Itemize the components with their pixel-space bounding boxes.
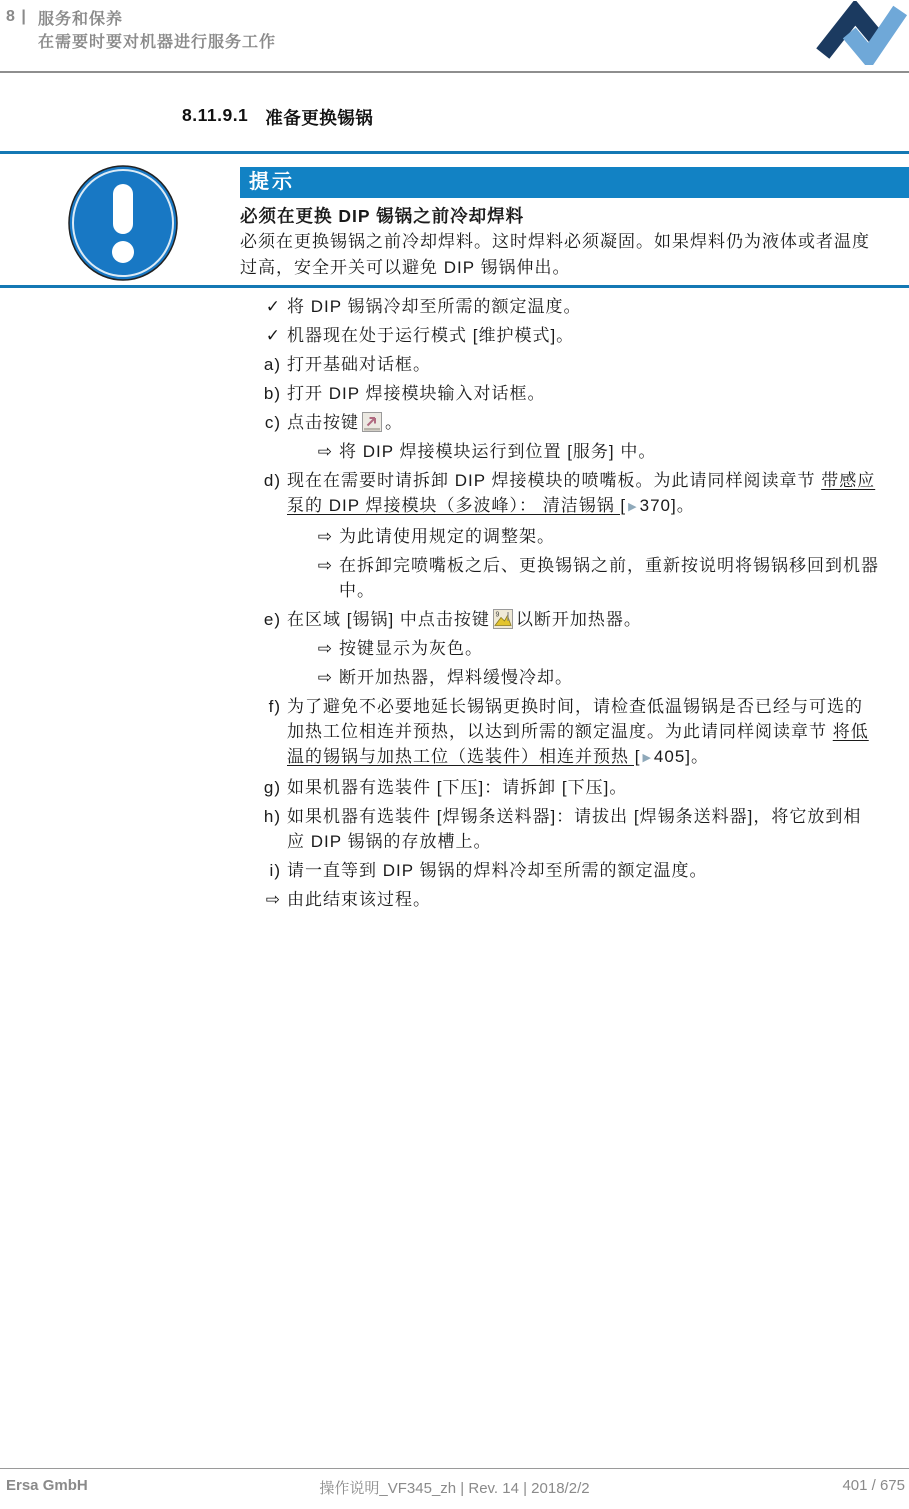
result-arrow-icon: ⇨: [300, 665, 333, 690]
step-text-segment: 以断开加热器。: [516, 610, 642, 629]
step-marker: f): [248, 694, 281, 719]
step-text: 现在在需要时请拆卸 DIP 焊接模块的喷嘴板。为此请同样阅读章节 带感应泵的 D…: [287, 468, 879, 520]
result-arrow-icon: ⇨: [248, 887, 281, 912]
step-text-segment: 请一直等到 DIP 锡锅的焊料冷却至所需的额定温度。: [287, 861, 707, 880]
step-text: 如果机器有选装件 [下压]：请拆卸 [下压]。: [287, 775, 627, 800]
header-chapter-number: 8 |: [6, 8, 27, 26]
step-text-segment: 370]。: [640, 496, 695, 515]
notice-bottom-rule: [0, 285, 909, 288]
step-row: e)在区域 [锡锅] 中点击按键9以断开加热器。: [248, 607, 896, 632]
step-text: 在区域 [锡锅] 中点击按键9以断开加热器。: [287, 607, 642, 632]
step-text-segment: 打开 DIP 焊接模块输入对话框。: [287, 384, 545, 403]
footer-page-number: 401 / 675: [842, 1477, 905, 1494]
step-marker: a): [248, 352, 281, 377]
step-row: h)如果机器有选装件 [焊锡条送料器]：请拔出 [焊锡条送料器]，将它放到相应 …: [248, 804, 896, 854]
result-arrow-icon: ⇨: [300, 553, 333, 578]
step-row: f)为了避免不必要地延长锡锅更换时间，请检查低温锡锅是否已经与可选的加热工位相连…: [248, 694, 896, 771]
step-row: ⇨在拆卸完喷嘴板之后、更换锡锅之前，重新按说明将锡锅移回到机器中。: [300, 553, 896, 603]
notice-subject: 必须在更换 DIP 锡锅之前冷却焊料: [240, 203, 524, 228]
step-text: 为此请使用规定的调整架。: [339, 524, 555, 549]
step-text-segment: 为此请使用规定的调整架。: [339, 527, 555, 546]
step-marker: e): [248, 607, 281, 632]
ersa-logo-icon: [813, 1, 907, 65]
step-row: ⇨断开加热器，焊料缓慢冷却。: [300, 665, 896, 690]
step-row: ⇨为此请使用规定的调整架。: [300, 524, 896, 549]
step-marker: b): [248, 381, 281, 406]
step-row: a)打开基础对话框。: [248, 352, 896, 377]
step-text: 机器现在处于运行模式 [维护模式]。: [287, 323, 574, 348]
step-text: 由此结束该过程。: [287, 887, 431, 912]
steps-list: ✓将 DIP 锡锅冷却至所需的额定温度。✓机器现在处于运行模式 [维护模式]。a…: [248, 294, 896, 916]
precondition-check-icon: ✓: [248, 294, 281, 319]
page-ref-triangle-icon: ▶: [628, 501, 637, 513]
notice-top-rule: [0, 151, 909, 154]
heater-button-icon: 9: [493, 609, 513, 629]
exclamation-mandatory-icon: [66, 164, 180, 282]
step-text-segment: 如果机器有选装件 [下压]：请拆卸 [下压]。: [287, 778, 627, 797]
step-text: 将 DIP 锡锅冷却至所需的额定温度。: [287, 294, 581, 319]
page-ref-triangle-icon: ▶: [642, 752, 651, 764]
step-text-segment: 由此结束该过程。: [287, 890, 431, 909]
step-row: b)打开 DIP 焊接模块输入对话框。: [248, 381, 896, 406]
step-text: 为了避免不必要地延长锡锅更换时间，请检查低温锡锅是否已经与可选的加热工位相连并预…: [287, 694, 879, 771]
step-text-segment: 将 DIP 锡锅冷却至所需的额定温度。: [287, 297, 581, 316]
footer-divider: [0, 1468, 909, 1469]
step-row: ✓机器现在处于运行模式 [维护模式]。: [248, 323, 896, 348]
service-position-button-icon: [362, 412, 382, 432]
step-text-segment: 现在在需要时请拆卸 DIP 焊接模块的喷嘴板。为此请同样阅读章节: [287, 471, 821, 490]
step-text-segment: 在区域 [锡锅] 中点击按键: [287, 610, 490, 629]
step-marker: i): [248, 858, 281, 883]
svg-text:9: 9: [495, 612, 500, 619]
step-text-segment: 按键显示为灰色。: [339, 639, 483, 658]
step-row: c)点击按键。: [248, 410, 896, 435]
step-text: 打开基础对话框。: [287, 352, 431, 377]
step-row: ⇨由此结束该过程。: [248, 887, 896, 912]
step-text: 将 DIP 焊接模块运行到位置 [服务] 中。: [339, 439, 656, 464]
step-text: 按键显示为灰色。: [339, 636, 483, 661]
result-arrow-icon: ⇨: [300, 636, 333, 661]
section-number: 8.11.9.1: [182, 105, 248, 130]
step-row: ⇨按键显示为灰色。: [300, 636, 896, 661]
step-text-segment: 405]。: [654, 747, 709, 766]
step-text-segment: 在拆卸完喷嘴板之后、更换锡锅之前，重新按说明将锡锅移回到机器中。: [339, 556, 879, 600]
manual-page: 8 | 服务和保养 在需要时要对机器进行服务工作 8.11.9.1 准备更换锡锅…: [0, 0, 909, 1509]
step-marker: g): [248, 775, 281, 800]
header-section-title: 在需要时要对机器进行服务工作: [38, 31, 276, 54]
result-arrow-icon: ⇨: [300, 524, 333, 549]
step-text: 请一直等到 DIP 锡锅的焊料冷却至所需的额定温度。: [287, 858, 707, 883]
notice-label: 提示: [249, 171, 295, 193]
section-heading: 8.11.9.1 准备更换锡锅: [182, 105, 373, 130]
step-text-segment: 机器现在处于运行模式 [维护模式]。: [287, 326, 574, 345]
step-text-segment: 将 DIP 焊接模块运行到位置 [服务] 中。: [339, 442, 656, 461]
notice-body: 必须在更换锡锅之前冷却焊料。这时焊料必须凝固。如果焊料仍为液体或者温度过高，安全…: [240, 229, 880, 281]
step-text-segment: 。: [385, 413, 403, 432]
step-marker: h): [248, 804, 281, 829]
step-row: d)现在在需要时请拆卸 DIP 焊接模块的喷嘴板。为此请同样阅读章节 带感应泵的…: [248, 468, 896, 520]
step-marker: d): [248, 468, 281, 493]
section-title: 准备更换锡锅: [265, 105, 373, 130]
header-titles: 服务和保养 在需要时要对机器进行服务工作: [38, 8, 276, 54]
notice-label-bar: 提示: [240, 167, 909, 198]
step-text: 在拆卸完喷嘴板之后、更换锡锅之前，重新按说明将锡锅移回到机器中。: [339, 553, 896, 603]
precondition-check-icon: ✓: [248, 323, 281, 348]
step-text-segment: 点击按键: [287, 413, 359, 432]
step-marker: c): [248, 410, 281, 435]
step-text-segment: 为了避免不必要地延长锡锅更换时间，请检查低温锡锅是否已经与可选的加热工位相连并预…: [287, 697, 863, 741]
result-arrow-icon: ⇨: [300, 439, 333, 464]
step-row: ⇨将 DIP 焊接模块运行到位置 [服务] 中。: [300, 439, 896, 464]
footer-document-info: 操作说明_VF345_zh | Rev. 14 | 2018/2/2: [0, 1477, 909, 1498]
step-text: 打开 DIP 焊接模块输入对话框。: [287, 381, 545, 406]
step-text: 如果机器有选装件 [焊锡条送料器]：请拔出 [焊锡条送料器]，将它放到相应 DI…: [287, 804, 879, 854]
step-row: i)请一直等到 DIP 锡锅的焊料冷却至所需的额定温度。: [248, 858, 896, 883]
step-text: 断开加热器，焊料缓慢冷却。: [339, 665, 573, 690]
step-text-segment: 断开加热器，焊料缓慢冷却。: [339, 668, 573, 687]
step-text-segment: 打开基础对话框。: [287, 355, 431, 374]
header-chapter-title: 服务和保养: [38, 8, 276, 31]
step-row: g)如果机器有选装件 [下压]：请拆卸 [下压]。: [248, 775, 896, 800]
step-row: ✓将 DIP 锡锅冷却至所需的额定温度。: [248, 294, 896, 319]
header-divider: [0, 71, 909, 73]
step-text-segment: 如果机器有选装件 [焊锡条送料器]：请拔出 [焊锡条送料器]，将它放到相应 DI…: [287, 807, 861, 851]
step-text: 点击按键。: [287, 410, 403, 435]
